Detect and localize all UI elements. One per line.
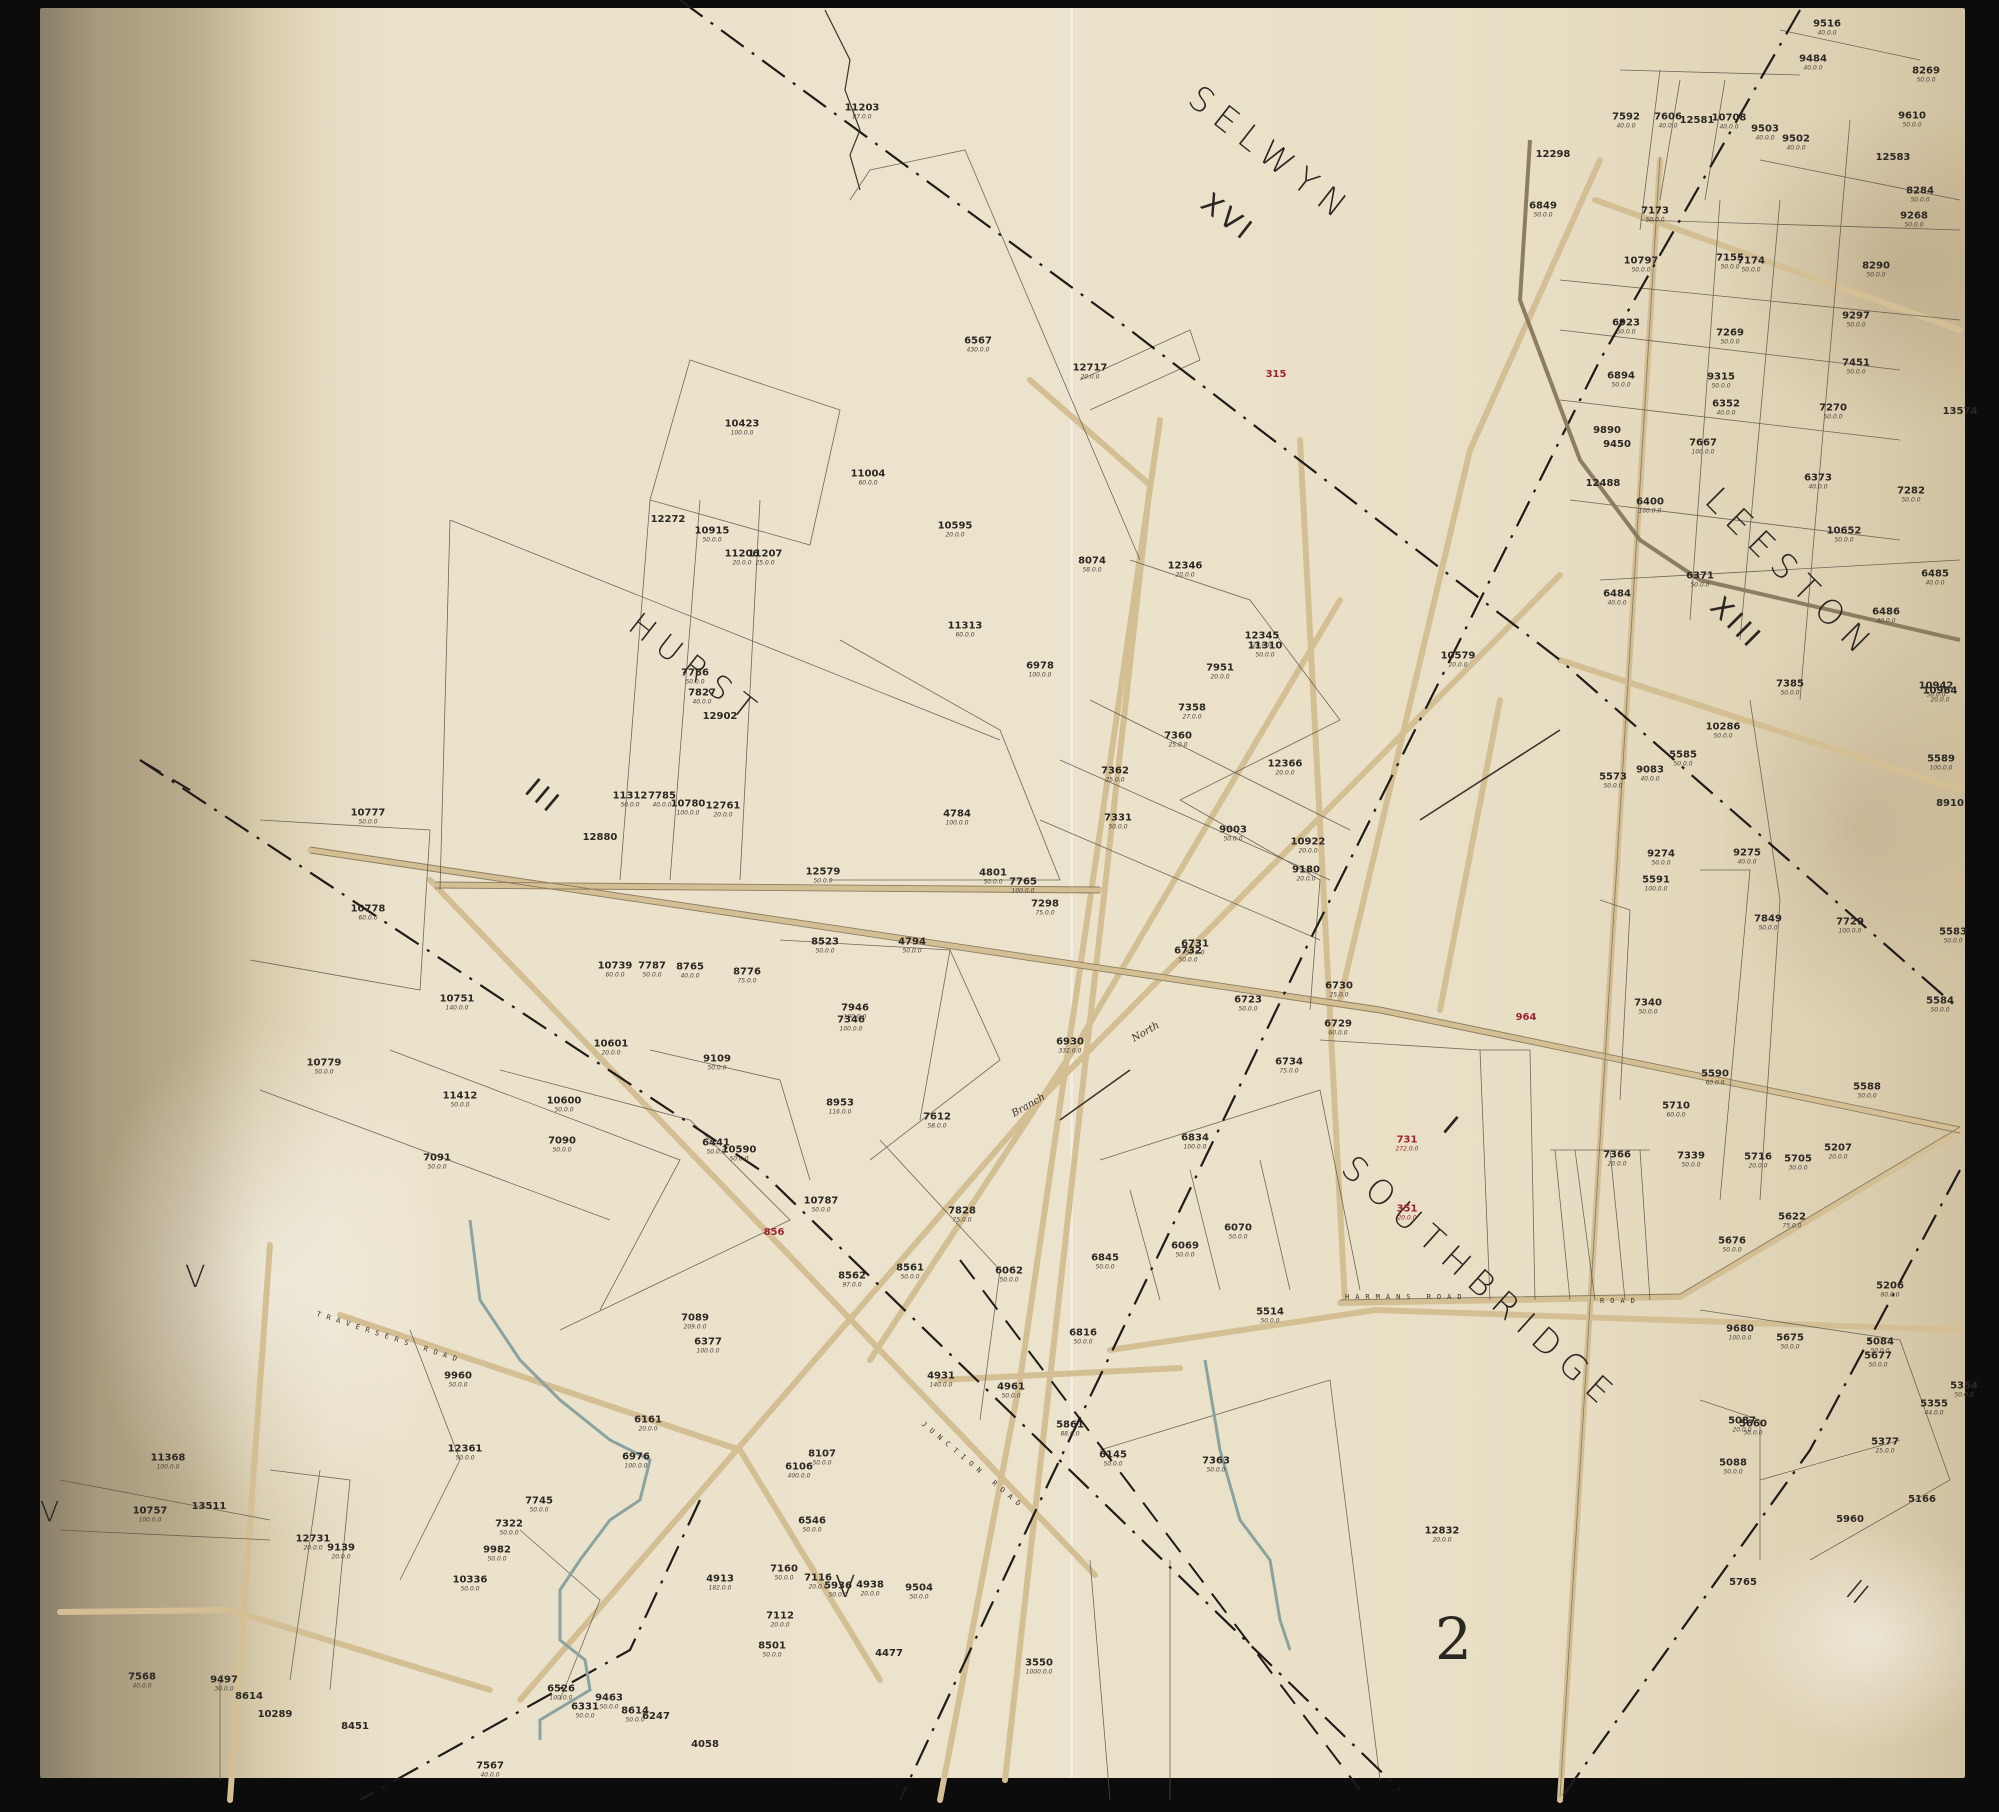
lot-area: 100.0.0	[837, 1026, 865, 1032]
lot-number: 13511	[192, 1502, 227, 1513]
lot-area: 50.0.0	[1926, 1007, 1954, 1013]
lot-area: 20.0.0	[1291, 848, 1326, 854]
lot-area: 40.0.0	[1921, 580, 1949, 586]
lot-number: 12731	[296, 1535, 331, 1546]
lot-area: 50.0.0	[1706, 733, 1741, 739]
lot-number: 9109	[703, 1055, 731, 1066]
lot-area: 50.0.0	[525, 1507, 553, 1513]
lot-number: 9003	[1219, 826, 1247, 837]
lot-label: 1092220.0.0	[1291, 838, 1326, 855]
lot-label: 4913182.0.0	[706, 1575, 734, 1592]
lot-label: 6976100.0.0	[622, 1453, 650, 1470]
lot-label: 1060050.0.0	[547, 1097, 582, 1114]
lot-label: 10780100.0.0	[671, 800, 706, 817]
lot-number: 5936	[824, 1582, 852, 1593]
lot-area: 50.0.0	[1827, 537, 1862, 543]
lot-number: 856	[764, 1228, 785, 1239]
lot-number: 4801	[979, 869, 1007, 880]
lot-label: 10751140.0.0	[440, 995, 475, 1012]
lot-number: 9890	[1593, 426, 1621, 437]
lot-area: 25.0.0	[1164, 742, 1192, 748]
lot-number: 8451	[341, 1722, 369, 1733]
lot-number: 4058	[691, 1740, 719, 1751]
lot-area: 40.0.0	[1813, 30, 1841, 36]
lot-area: 20.0.0	[1824, 1154, 1852, 1160]
lot-area: 20.0.0	[1168, 572, 1203, 578]
lot-number: 5585	[1669, 751, 1697, 762]
lot-area: 87.0.0	[845, 114, 880, 120]
lot-label: 738550.0.0	[1776, 680, 1804, 697]
lot-area: 50.0.0	[307, 1069, 342, 1075]
lot-label: 9890	[1593, 426, 1621, 437]
lot-label: 689450.0.0	[1607, 372, 1635, 389]
lot-area: 75.0.0	[1275, 1068, 1303, 1074]
lot-number: 11203	[845, 104, 880, 115]
lot-number: 7451	[1842, 359, 1870, 370]
lot-label: 998250.0.0	[483, 1546, 511, 1563]
lot-area: 50.0.0	[1719, 1469, 1747, 1475]
lot-number: 9610	[1898, 112, 1926, 123]
lot-area: 40.0.0	[1733, 859, 1761, 865]
lot-area: 40.0.0	[1751, 135, 1779, 141]
lot-number: 5676	[1718, 1237, 1746, 1248]
lot-label: 692350.0.0	[1612, 319, 1640, 336]
lot-number: 964	[1516, 1013, 1537, 1024]
lot-label: 927450.0.0	[1647, 850, 1675, 867]
lot-label: 946350.0.0	[595, 1694, 623, 1711]
lot-label: 856297.0.0	[838, 1272, 866, 1289]
lot-area: 50.0.0	[722, 1156, 757, 1162]
lot-label: 607050.0.0	[1224, 1224, 1252, 1241]
lot-label: 567650.0.0	[1718, 1237, 1746, 1254]
lot-label: 1234620.0.0	[1168, 562, 1203, 579]
lot-number: 5166	[1908, 1495, 1936, 1506]
lot-label: 479450.0.0	[898, 938, 926, 955]
lot-label-red: 731272.0.0	[1396, 1136, 1419, 1153]
lot-label: 12581	[1680, 116, 1715, 127]
lot-label: 10289	[258, 1710, 293, 1721]
lot-number: 5355	[1920, 1400, 1948, 1411]
lot-area: 50.0.0	[595, 1704, 623, 1710]
lot-number: 9484	[1799, 55, 1827, 66]
lot-area: 20.0.0	[856, 1591, 884, 1597]
lot-number: 4931	[927, 1372, 955, 1383]
lot-label: 996050.0.0	[444, 1372, 472, 1389]
lot-area: 44.0.0	[1920, 1410, 1948, 1416]
lot-number: 5705	[1784, 1155, 1812, 1166]
lot-label: 551450.0.0	[1256, 1308, 1284, 1325]
lot-label: 1257950.0.0	[806, 868, 841, 885]
lot-label: 35501000.0.0	[1025, 1659, 1053, 1676]
lot-label: 728250.0.0	[1897, 487, 1925, 504]
lot-number: 12717	[1073, 364, 1108, 375]
lot-label: 635240.0.0	[1712, 400, 1740, 417]
lot-label: 717450.0.0	[1737, 257, 1765, 274]
lot-number: 6371	[1686, 572, 1714, 583]
lot-number: 5573	[1599, 773, 1627, 784]
lot-number: 6845	[1091, 1254, 1119, 1265]
lot-label: 876540.0.0	[676, 963, 704, 980]
lot-label: 10423100.0.0	[725, 420, 760, 437]
road-label-road: ROAD	[1600, 1297, 1641, 1305]
lot-area: 75.0.0	[1031, 910, 1059, 916]
lot-area: 182.0.0	[706, 1585, 734, 1591]
lot-area: 50.0.0	[1104, 824, 1132, 830]
lot-number: 9083	[1636, 766, 1664, 777]
lot-number: 7089	[681, 1314, 709, 1325]
lot-number: 10964	[1923, 687, 1958, 698]
lot-area: 60.0.0	[351, 915, 386, 921]
lot-label: 913920.0.0	[327, 1544, 355, 1561]
lot-area: 50.0.0	[638, 972, 666, 978]
lot-number: 11207	[748, 550, 783, 561]
lot-area: 50.0.0	[444, 1382, 472, 1388]
lot-number: 6567	[964, 337, 992, 348]
lot-number: 8765	[676, 963, 704, 974]
lot-label: 567550.0.0	[1776, 1334, 1804, 1351]
lot-area: 50.0.0	[1862, 272, 1890, 278]
lot-number: 7358	[1178, 704, 1206, 715]
lot-area: 50.0.0	[905, 1594, 933, 1600]
lot-area: 50.0.0	[798, 1527, 826, 1533]
lot-number: 5206	[1876, 1282, 1904, 1293]
lot-label: 717350.0.0	[1641, 207, 1669, 224]
lot-area: 50.0.0	[1607, 382, 1635, 388]
lot-label: 7729100.0.0	[1836, 918, 1864, 935]
lot-area: 58.0.0	[1078, 567, 1106, 573]
lot-number: 12366	[1268, 760, 1303, 771]
lot-label: 807458.0.0	[1078, 557, 1106, 574]
lot-number: 12272	[651, 515, 686, 526]
lot-area: 272.0.0	[1396, 1146, 1419, 1152]
lot-number: 10336	[453, 1576, 488, 1587]
lot-area: 50.0.0	[1864, 1362, 1892, 1368]
lot-area: 50.0.0	[804, 1207, 839, 1213]
lot-number: 6923	[1612, 319, 1640, 330]
lot-area: 50.0.0	[547, 1107, 582, 1113]
lot-number: 9180	[1292, 866, 1320, 877]
lot-label: 9450	[1603, 440, 1631, 451]
lot-area: 50.0.0	[1716, 339, 1744, 345]
lot-number: 9297	[1842, 312, 1870, 323]
lot-area: 60.0.0	[851, 480, 886, 486]
lot-label: 6930332.0.0	[1056, 1038, 1084, 1055]
lot-area: 20.0.0	[1425, 1537, 1460, 1543]
lot-number: 10423	[725, 420, 760, 431]
lot-area: 40.0.0	[1603, 600, 1631, 606]
lot-number: 5084	[1866, 1338, 1894, 1349]
lot-number: 10922	[1291, 838, 1326, 849]
lot-area: 20.0.0	[1206, 674, 1234, 680]
lot-number: 8776	[733, 968, 761, 979]
lot-area: 50.0.0	[1529, 212, 1557, 218]
lot-label: 1077750.0.0	[351, 809, 386, 826]
lot-area: 40.0.0	[676, 973, 704, 979]
lot-area: 50.0.0	[351, 819, 386, 825]
lot-number: 9680	[1726, 1325, 1754, 1336]
lot-label: 606250.0.0	[995, 1267, 1023, 1284]
lot-number: 7765	[1009, 878, 1037, 889]
lot-label: 711220.0.0	[766, 1612, 794, 1629]
lot-area: 40.0.0	[1804, 484, 1832, 490]
lot-label: 5589100.0.0	[1927, 755, 1955, 772]
lot-area: 50.0.0	[1234, 1006, 1262, 1012]
lot-number: 7269	[1716, 329, 1744, 340]
lot-number: 5660	[1739, 1420, 1767, 1431]
lot-number: 9502	[1782, 135, 1810, 146]
lot-number: 6247	[642, 1712, 670, 1723]
lot-area: 50.0.0	[548, 1147, 576, 1153]
road-label-harmans: HARMANS ROAD	[1345, 1293, 1468, 1301]
lot-label: 709050.0.0	[548, 1137, 576, 1154]
lot-label: 735827.0.0	[1178, 704, 1206, 721]
lot-area: 30.0.0	[1784, 1165, 1812, 1171]
lot-label: 4784100.0.0	[943, 810, 971, 827]
lot-label: 637340.0.0	[1804, 474, 1832, 491]
lot-number: 4913	[706, 1575, 734, 1586]
lot-number: 6976	[622, 1453, 650, 1464]
lot-number: 4938	[856, 1581, 884, 1592]
lot-number: 7363	[1202, 1457, 1230, 1468]
lot-label: 12880	[583, 833, 618, 844]
lot-label: 508450.0.0	[1866, 1338, 1894, 1355]
lot-number: 11313	[948, 622, 983, 633]
lot-number: 6145	[1099, 1451, 1127, 1462]
lot-label: 1234520.0.0	[1245, 632, 1280, 649]
lot-area: 40.0.0	[476, 1772, 504, 1778]
lot-number: 5589	[1927, 755, 1955, 766]
lot-number: 6849	[1529, 202, 1557, 213]
lot-label: 918020.0.0	[1292, 866, 1320, 883]
lot-number: 12579	[806, 868, 841, 879]
lot-area: 50.0.0	[758, 1652, 786, 1658]
lot-label: 558850.0.0	[1853, 1083, 1881, 1100]
lot-number: 8290	[1862, 262, 1890, 273]
lot-label: 877675.0.0	[733, 968, 761, 985]
lot-area: 20.0.0	[1603, 1161, 1631, 1167]
lot-label: 778650.0.0	[681, 669, 709, 686]
lot-label: 1131250.0.0	[613, 792, 648, 809]
lot-area: 40.0.0	[1799, 65, 1827, 71]
lot-area: 50.0.0	[898, 948, 926, 954]
lot-label: 826950.0.0	[1912, 67, 1940, 84]
lot-number: 11004	[851, 470, 886, 481]
lot-label: 736620.0.0	[1603, 1151, 1631, 1168]
lot-number: 7340	[1634, 999, 1662, 1010]
block-numeral-v-bottomleft: V	[40, 1495, 59, 1528]
lot-label: 1073960.0.0	[598, 962, 633, 979]
lot-number: 7951	[1206, 664, 1234, 675]
lot-area: 60.0.0	[948, 632, 983, 638]
lot-number: 8501	[758, 1642, 786, 1653]
lot-number: 12583	[1876, 153, 1911, 164]
lot-number: 7090	[548, 1137, 576, 1148]
lot-area: 140.0.0	[440, 1005, 475, 1011]
lot-number: 6373	[1804, 474, 1832, 485]
lot-area: 88.0.0	[1056, 1431, 1084, 1437]
lot-number: 4961	[997, 1383, 1025, 1394]
lot-number: 10652	[1827, 527, 1862, 538]
lot-area: 20.0.0	[1441, 662, 1476, 668]
lot-label: 1100460.0.0	[851, 470, 886, 487]
lot-label: 558350.0.0	[1939, 928, 1967, 945]
lot-area: 50.0.0	[1686, 582, 1714, 588]
lot-number: 7849	[1754, 915, 1782, 926]
lot-label: 1276120.0.0	[706, 802, 741, 819]
lot-number: 7592	[1612, 113, 1640, 124]
lot-label: 709150.0.0	[423, 1154, 451, 1171]
lot-area: 50.0.0	[483, 1556, 511, 1562]
lot-label: 8953116.0.0	[826, 1099, 854, 1116]
lot-area: 100.0.0	[1181, 1144, 1209, 1150]
lot-area: 100.0.0	[1009, 888, 1037, 894]
lot-area: 50.0.0	[1256, 1318, 1284, 1324]
lot-number: 10739	[598, 962, 633, 973]
lot-label: 4931140.0.0	[927, 1372, 955, 1389]
lot-number: 7270	[1819, 404, 1847, 415]
lot-area: 20.0.0	[296, 1545, 331, 1551]
river-layer	[470, 1220, 1290, 1740]
lot-label: 535544.0.0	[1920, 1400, 1948, 1417]
lot-number: 6106	[785, 1463, 813, 1474]
lot-label: 672960.0.0	[1324, 1020, 1352, 1037]
lot-area: 50.0.0	[703, 1065, 731, 1071]
lot-area: 50.0.0	[1842, 322, 1870, 328]
lot-label: 732250.0.0	[495, 1520, 523, 1537]
lot-label: 829050.0.0	[1862, 262, 1890, 279]
lot-number: 6730	[1325, 982, 1353, 993]
lot-number: 12832	[1425, 1527, 1460, 1538]
lot-label: 557350.0.0	[1599, 773, 1627, 790]
lot-label: 1271720.0.0	[1073, 364, 1108, 381]
lot-label-red: 964	[1516, 1013, 1537, 1024]
lot-label: 745150.0.0	[1842, 359, 1870, 376]
lot-area: 50.0.0	[806, 878, 841, 884]
lot-label: 850150.0.0	[758, 1642, 786, 1659]
lot-area: 100.0.0	[725, 430, 760, 436]
lot-number: 12761	[706, 802, 741, 813]
lot-area: 97.0.0	[838, 1282, 866, 1288]
lot-area: 50.0.0	[1754, 925, 1782, 931]
lot-label: 1141250.0.0	[443, 1092, 478, 1109]
lot-label: 10757100.0.0	[133, 1507, 168, 1524]
lot-label: 8614	[235, 1692, 263, 1703]
lot-number: 7385	[1776, 680, 1804, 691]
lot-label: 480150.0.0	[979, 869, 1007, 886]
lot-number: 9982	[483, 1546, 511, 1557]
lot-area: 20.0.0	[938, 532, 973, 538]
lot-label: 1120725.0.0	[748, 550, 783, 567]
lot-number: 10601	[594, 1040, 629, 1051]
lot-label: 908340.0.0	[1636, 766, 1664, 783]
lot-label: 1096420.0.0	[1923, 687, 1958, 704]
lot-number: 5377	[1871, 1438, 1899, 1449]
lot-number: 5514	[1256, 1308, 1284, 1319]
lot-number: 11412	[443, 1092, 478, 1103]
lot-area: 100.0.0	[1726, 1335, 1754, 1341]
lot-number: 12902	[703, 712, 738, 723]
lot-number: 9139	[327, 1544, 355, 1555]
lot-area: 40.0.0	[1636, 776, 1664, 782]
lot-area: 100.0.0	[547, 1695, 575, 1701]
lot-label: 6247	[642, 1712, 670, 1723]
lot-number: 9450	[1603, 440, 1631, 451]
lot-area: 20.0.0	[706, 812, 741, 818]
lot-number: 315	[1266, 370, 1287, 381]
lot-label: 673250.0.0	[1174, 947, 1202, 964]
lot-label: 7667100.0.0	[1689, 439, 1717, 456]
lot-area: 50.0.0	[1248, 652, 1283, 658]
lot-number: 5622	[1778, 1213, 1806, 1224]
lot-area: 50.0.0	[1171, 1252, 1199, 1258]
lot-label: 13511	[192, 1502, 227, 1513]
lot-number: 7298	[1031, 900, 1059, 911]
lot-area: 40.0.0	[1712, 410, 1740, 416]
lot-area: 50.0.0	[571, 1713, 599, 1719]
lot-label: 782875.0.0	[948, 1207, 976, 1224]
lot-number: 12298	[1536, 150, 1571, 161]
lot-label: 927540.0.0	[1733, 849, 1761, 866]
lot-label: 586188.0.0	[1056, 1421, 1084, 1438]
lot-label: 778750.0.0	[638, 962, 666, 979]
lot-area: 50.0.0	[423, 1164, 451, 1170]
lot-area: 60.0.0	[598, 972, 633, 978]
lot-number: 6734	[1275, 1058, 1303, 1069]
lot-label: 1070840.0.0	[1712, 114, 1747, 131]
lot-area: 50.0.0	[995, 1277, 1023, 1283]
lot-number: 7282	[1897, 487, 1925, 498]
lot-label: 4477	[875, 1649, 903, 1660]
lot-area: 58.0.0	[923, 1123, 951, 1129]
lot-area: 50.0.0	[1224, 1234, 1252, 1240]
lot-number: 12581	[1680, 116, 1715, 127]
lot-number: 8284	[1906, 187, 1934, 198]
block-numeral-2: 2	[1435, 1605, 1472, 1673]
lot-number: 10600	[547, 1097, 582, 1108]
lot-area: 116.0.0	[826, 1109, 854, 1115]
lot-number: 3550	[1025, 1659, 1053, 1670]
lot-area: 50.0.0	[1647, 860, 1675, 866]
lot-label-red: 35120.0.0	[1397, 1205, 1418, 1222]
lot-number: 12361	[448, 1445, 483, 1456]
lot-label: 6526100.0.0	[547, 1685, 575, 1702]
lot-label: 828450.0.0	[1906, 187, 1934, 204]
lot-number: 5861	[1056, 1421, 1084, 1432]
lot-area: 30.0.0	[210, 1686, 238, 1692]
lot-label: 7346100.0.0	[837, 1016, 865, 1033]
lot-label: 9680100.0.0	[1726, 1325, 1754, 1342]
lot-area: 140.0.0	[927, 1382, 955, 1388]
lot-label: 616120.0.0	[634, 1416, 662, 1433]
lot-area: 20.0.0	[634, 1426, 662, 1432]
lot-number: 8562	[838, 1272, 866, 1283]
lot-label: 6377100.0.0	[694, 1338, 722, 1355]
lot-area: 40.0.0	[1712, 124, 1747, 130]
lot-number: 6834	[1181, 1134, 1209, 1145]
lot-area: 27.0.0	[1178, 714, 1206, 720]
lot-label: 508850.0.0	[1719, 1459, 1747, 1476]
lot-label: 760640.0.0	[1654, 113, 1682, 130]
lot-area: 50.0.0	[1853, 1093, 1881, 1099]
lot-number: 5591	[1642, 876, 1670, 887]
lot-label: 950450.0.0	[905, 1584, 933, 1601]
lot-number: 10286	[1706, 723, 1741, 734]
lot-label: 5960	[1836, 1515, 1864, 1526]
lot-number: 4794	[898, 938, 926, 949]
lot-label: 1283220.0.0	[1425, 1527, 1460, 1544]
lot-number: 6486	[1872, 608, 1900, 619]
lot-number: 12880	[583, 833, 618, 844]
